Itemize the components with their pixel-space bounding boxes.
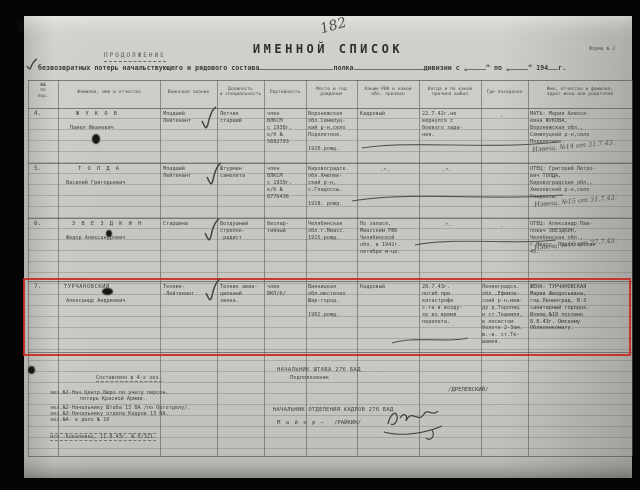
row-separator: [28, 218, 632, 219]
col-header-position: Должность и специальность: [218, 87, 263, 98]
copies-count-line: Составлено в 4-х экз.: [96, 375, 162, 382]
row-party: член ВЛКСМ с 1938г. к/б № 5682793: [267, 111, 306, 146]
subtitle-g: г.: [558, 64, 566, 72]
subtitle-polka: полка: [333, 64, 353, 72]
executor-line: исп.-Ковалевец. 11.8.43г. № 6/321.: [50, 433, 156, 441]
column-line: [28, 80, 29, 456]
row-party: беспар- тийный: [267, 221, 306, 235]
row-fate: -"-: [442, 223, 451, 230]
row-rvk: Кадровый: [360, 111, 418, 118]
division-blank: [354, 62, 424, 70]
row-num: 7.: [34, 284, 41, 291]
row-birth: Воронежская обл.Семилуц- кий р-н,село По…: [308, 111, 356, 152]
paper-hole: [106, 230, 112, 237]
subtitle-lead: безвозвратных потерь начальствующего и р…: [38, 64, 259, 72]
row-position: Техник авиа- ционный звена.: [220, 284, 264, 305]
rank-checkmark: [204, 278, 221, 305]
column-line: [419, 80, 420, 456]
row-num: 6.: [34, 221, 41, 228]
col-header-rank: Воинское звание: [161, 90, 216, 95]
rank-checkmark: [203, 218, 220, 245]
row-rvk: -"-: [380, 168, 389, 175]
col-header-num: №№ по пор.: [29, 83, 57, 99]
row-surname: Т О Л Д А: [78, 166, 121, 173]
chief-staff-name: /ДРЕЛЕВСКИЙ/: [448, 387, 488, 394]
date-to-blank: [510, 62, 528, 70]
subtitle-division: дивизии с „: [424, 64, 468, 72]
row-family: ЖЕНА: ТУРЧАНОВСКАЯ Мария Феодосьевна, го…: [530, 284, 630, 332]
col-header-name: Фамилия, имя и отчество: [59, 90, 159, 95]
form-number-label: Форма № 2: [589, 47, 615, 54]
row-burial: -: [500, 114, 503, 121]
col-header-burial: Где похоронен: [482, 90, 527, 95]
chief-cadre-rank: М а й о р —: [277, 420, 325, 427]
col-header-rvk: Каким РВК и какой обл. призван: [358, 87, 418, 98]
row-birth: Винницкая обл.местечко Шар-город. 1902.р…: [308, 284, 356, 319]
row-party: член ВЛКСМ с 1939г. к/б № 8776436: [267, 166, 306, 201]
year-blank: [548, 62, 558, 70]
handwritten-dash-line: [413, 236, 558, 248]
regiment-blank: [259, 62, 333, 70]
row-separator: [28, 163, 632, 164]
page-title: ИМЕННОЙ СПИСОК: [24, 43, 632, 56]
chief-staff-rank: Подполковник: [290, 375, 329, 382]
chief-cadre-name: /РАЙКИН/: [334, 420, 361, 427]
rank-checkmark: [205, 162, 222, 189]
col-header-party: Партийность: [265, 90, 305, 95]
header-bottom-line: [28, 108, 632, 109]
col-header-fate: Когда и по какой причине выбыл: [420, 87, 480, 98]
row-birth: Кировоградск. обл.Хмелев- ский р-н, с.Гл…: [308, 166, 356, 207]
row-surname: З В Е З Д К И Н: [72, 221, 143, 228]
row-rvk: Кадровый: [360, 284, 418, 291]
chief-cadre-title: НАЧАЛЬНИК ОТДЕЛЕНИЯ КАДРОВ 276 БАД: [273, 407, 394, 414]
date-from-blank: [468, 62, 486, 70]
document-page: 182 ПРОДОЛЖЕНИЕ ИМЕННОЙ СПИСОК Форма № 2…: [24, 16, 632, 478]
row-rvk: По запасе, Миасским РВК Челябинской обл.…: [360, 221, 418, 256]
column-line: [632, 80, 633, 456]
row-given-name: Василий Григорьевич: [66, 180, 125, 187]
handwritten-dash-line: [390, 334, 470, 346]
subtitle-checkmark: [26, 58, 38, 72]
row-birth: Челябинская обл.г.Миасс. 1915.рожд.: [308, 221, 356, 242]
ink-blot: [102, 288, 113, 295]
row-num: 5.: [34, 166, 41, 173]
raikin-signature: [380, 402, 448, 444]
subtitle-line: безвозвратных потерь начальствующего и р…: [38, 62, 630, 72]
row-surname: Ж У К О В: [76, 111, 119, 118]
handwritten-page-number: 182: [318, 15, 348, 38]
handwritten-dash-line: [360, 138, 560, 152]
chief-staff-title: НАЧАЛЬНИК ШТАБА 276 БАД: [277, 367, 361, 374]
rank-checkmark: [200, 106, 217, 133]
row-fate: 28.7.43г. погиб при катастрофе с-та в во…: [422, 284, 480, 325]
subtitle-po: “ по „: [486, 64, 510, 72]
table-top-line: [28, 80, 632, 81]
row-given-name: Федор Александрович: [66, 235, 125, 242]
column-line: [528, 80, 529, 456]
row-burial: Ленинградск. обл.,Ефимов- ский р-н,меж- …: [482, 284, 528, 346]
row-position: Воздушный стрелок- -радист: [220, 221, 264, 242]
row-position: Летчик старший: [220, 111, 264, 125]
column-line: [481, 80, 482, 456]
row-party: член ВКП/б/: [267, 284, 306, 298]
subtitle-year: “ 194: [528, 64, 548, 72]
paper-hole: [92, 134, 100, 144]
row-position: Штурман самолета: [220, 166, 264, 180]
paper-hole: [28, 366, 35, 374]
col-header-family: Имя, отчество и фамилия, адрес жены или …: [529, 87, 631, 98]
row-burial: -: [500, 224, 503, 231]
table-bottom-line: [28, 456, 632, 457]
handwritten-dash-line: [350, 190, 565, 204]
scanned-document: 182 ПРОДОЛЖЕНИЕ ИМЕННОЙ СПИСОК Форма № 2…: [0, 0, 640, 490]
row-given-name: Александр Андреевич: [66, 298, 125, 305]
copy1-line2: потерь Красной Армии.: [80, 396, 340, 402]
row-given-name: Павел Иванович: [70, 125, 114, 132]
row-fate: 22.7.42г.не вернулся с боевого зада- ния…: [422, 111, 480, 139]
row-fate: -"-: [442, 168, 451, 175]
col-header-birth: Место и год рождения: [307, 87, 356, 98]
row-num: 4.: [34, 111, 41, 118]
column-line: [357, 80, 358, 456]
